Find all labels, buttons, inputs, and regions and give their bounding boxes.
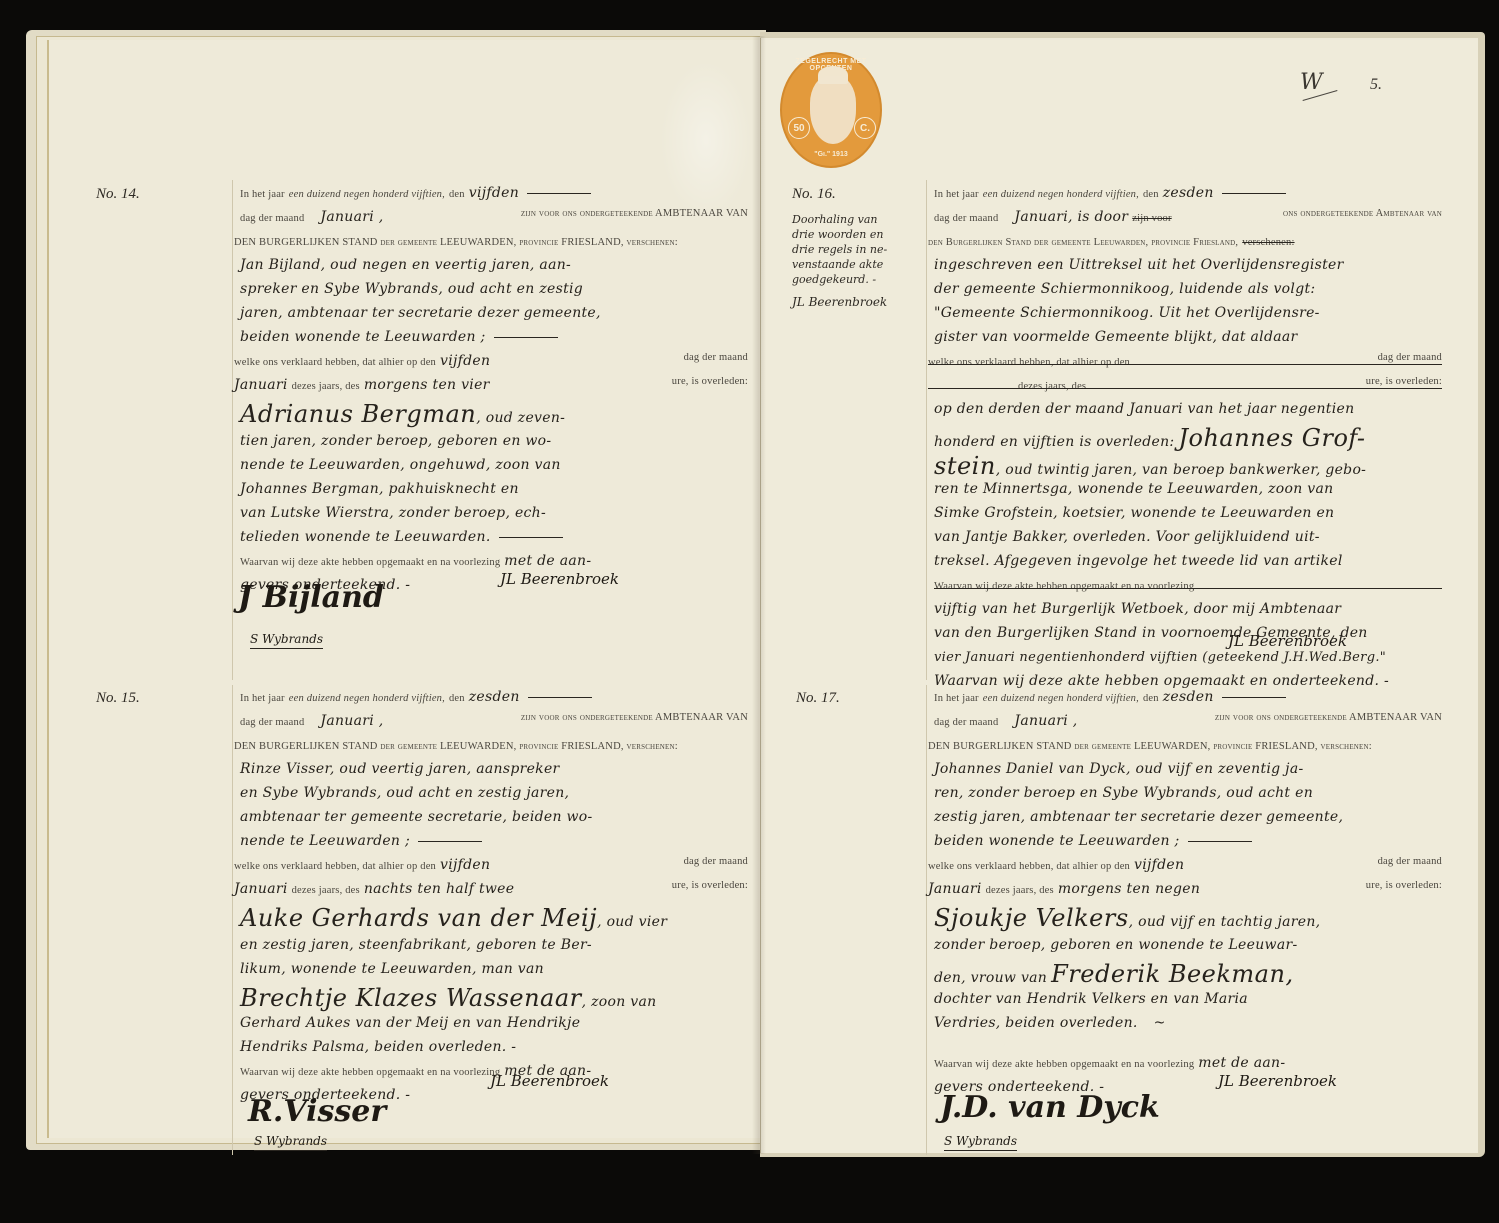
witness-line: beiden wonende te Leeuwarden ; bbox=[934, 832, 1442, 856]
death-time: nachts ten half twee bbox=[364, 881, 515, 897]
record-line: In het jaar een duizend negen honderd vi… bbox=[240, 184, 748, 208]
body-line: ren te Minnertsga, wonende te Leeuwarden… bbox=[934, 480, 1442, 504]
struck-text: zijn voor bbox=[1132, 213, 1171, 224]
witness-line: ren, zonder beroep en Sybe Wybrands, oud… bbox=[934, 784, 1442, 808]
record-line: den Burgerlijken Stand der gemeente Leeu… bbox=[928, 232, 1442, 256]
deceased-line: Sjoukje Velkers, oud vijf en tachtig jar… bbox=[934, 904, 1442, 936]
coat-of-arms-icon bbox=[810, 76, 856, 144]
deceased-name: Adrianus Bergman bbox=[240, 400, 476, 428]
open-register-book: ZEGELRECHT MET OPCENTEN 50 C. "Gı." 1913… bbox=[0, 0, 1499, 1223]
closing-line: Waarvan wij deze akte hebben opgemaakt e… bbox=[240, 552, 748, 576]
column-rule bbox=[232, 685, 233, 1155]
folio-mark: W bbox=[1300, 70, 1323, 95]
record-line: dag der maand Januari , zijn voor ons on… bbox=[240, 712, 748, 736]
page-number: 5. bbox=[1370, 76, 1382, 94]
body-line: van Jantje Bakker, overleden. Voor gelij… bbox=[934, 528, 1442, 552]
entry-number: No. 14. bbox=[96, 186, 140, 203]
death-day: vijfden bbox=[1134, 857, 1184, 873]
registrar-signature: JL Beerenbroek bbox=[1228, 632, 1347, 650]
witness-line: beiden wonende te Leeuwarden ; bbox=[240, 328, 748, 352]
stamp-year: "Gı." 1913 bbox=[782, 151, 880, 158]
death-day: vijfden bbox=[440, 353, 490, 369]
death-record-16: In het jaar een duizend negen honderd vi… bbox=[934, 184, 1442, 696]
detail-line: Brechtje Klazes Wassenaar, zoon van bbox=[240, 984, 748, 1014]
registrar-signature: JL Beerenbroek bbox=[500, 570, 619, 588]
death-time: morgens ten vier bbox=[364, 377, 490, 393]
body-line: vier Januari negentienhonderd vijftien (… bbox=[934, 648, 1442, 672]
record-line: dag der maand Januari , zijn voor ons on… bbox=[240, 208, 748, 232]
witness-line: zestig jaren, ambtenaar ter secretarie d… bbox=[934, 808, 1442, 832]
registrar-signature: JL Beerenbroek bbox=[1218, 1072, 1337, 1090]
record-line: DEN BURGERLIJKEN STAND der gemeente LEEU… bbox=[928, 736, 1442, 760]
detail-line: en zestig jaren, steenfabrikant, geboren… bbox=[240, 936, 748, 960]
body-line: op den derden der maand Januari van het … bbox=[934, 400, 1442, 424]
record-line: In het jaar een duizend negen honderd vi… bbox=[934, 184, 1442, 208]
day-written: zesden bbox=[1163, 689, 1214, 705]
body-line: "Gemeente Schiermonnikoog. Uit het Overl… bbox=[934, 304, 1442, 328]
death-record-15: In het jaar een duizend negen honderd vi… bbox=[240, 688, 748, 1110]
deceased-name: Johannes Grof- bbox=[1178, 424, 1365, 452]
record-line: dag der maand Januari , zijn voor ons on… bbox=[934, 712, 1442, 736]
record-line: DEN BURGERLIJKEN STAND der gemeente LEEU… bbox=[234, 736, 748, 760]
spouse-name: Brechtje Klazes Wassenaar bbox=[240, 984, 582, 1012]
struck-preprinted-line: Waarvan wij deze akte hebben opgemaakt e… bbox=[934, 576, 1442, 600]
death-record-17: In het jaar een duizend negen honderd vi… bbox=[934, 688, 1442, 1102]
witness-line: spreker en Sybe Wybrands, oud acht en ze… bbox=[240, 280, 748, 304]
detail-line: dochter van Hendrik Velkers en van Maria bbox=[934, 990, 1442, 1014]
entry-number: No. 16. bbox=[792, 186, 836, 203]
day-written: vijfden bbox=[469, 185, 519, 201]
detail-line: Verdries, beiden overleden.~ bbox=[934, 1014, 1442, 1038]
witness-line: ambtenaar ter gemeente secretarie, beide… bbox=[240, 808, 748, 832]
declarant-signature: J Bijland bbox=[238, 580, 384, 615]
detail-line: van Lutske Wierstra, zonder beroep, ech- bbox=[240, 504, 748, 528]
deceased-line: Adrianus Bergman, oud zeven- bbox=[240, 400, 748, 432]
record-line: Januari dezes jaars, des morgens ten vie… bbox=[234, 376, 748, 400]
entry-number: No. 15. bbox=[96, 690, 140, 707]
stamp-currency: C. bbox=[854, 117, 876, 139]
record-line: In het jaar een duizend negen honderd vi… bbox=[240, 688, 748, 712]
struck-preprinted-line: welke ons verklaard hebben, dat alhier o… bbox=[928, 352, 1442, 376]
detail-line: telieden wonende te Leeuwarden. bbox=[240, 528, 748, 552]
declarant-signature: J.D. van Dyck bbox=[940, 1090, 1160, 1125]
witness-signature: S Wybrands bbox=[944, 1134, 1017, 1151]
month-written: Januari , bbox=[320, 209, 383, 225]
detail-line: zonder beroep, geboren en wonende te Lee… bbox=[934, 936, 1442, 960]
month-written: Januari , bbox=[320, 713, 383, 729]
margin-signature: JL Beerenbroek bbox=[792, 295, 922, 310]
death-record-14: In het jaar een duizend negen honderd vi… bbox=[240, 184, 748, 600]
book-spine bbox=[752, 36, 766, 1154]
body-line: honderd en vijftien is overleden: Johann… bbox=[934, 424, 1442, 452]
detail-line: den, vrouw van Frederik Beekman, bbox=[934, 960, 1442, 990]
witness-line: Rinze Visser, oud veertig jaren, aanspre… bbox=[240, 760, 748, 784]
record-line: welke ons verklaard hebben, dat alhier o… bbox=[234, 352, 748, 376]
closing-line: Waarvan wij deze akte hebben opgemaakt e… bbox=[934, 1054, 1442, 1078]
body-line: Simke Grofstein, koetsier, wonende te Le… bbox=[934, 504, 1442, 528]
deceased-line: Auke Gerhards van der Meij, oud vier bbox=[240, 904, 748, 936]
detail-line: Hendriks Palsma, beiden overleden. - bbox=[240, 1038, 748, 1062]
record-line: Januari dezes jaars, des morgens ten neg… bbox=[928, 880, 1442, 904]
declarant-signature: R.Visser bbox=[248, 1094, 386, 1129]
record-line: Januari dezes jaars, des nachts ten half… bbox=[234, 880, 748, 904]
detail-line: Johannes Bergman, pakhuisknecht en bbox=[240, 480, 748, 504]
death-time: morgens ten negen bbox=[1058, 881, 1200, 897]
struck-text: verschenen: bbox=[1242, 237, 1294, 248]
witness-signature: S Wybrands bbox=[254, 1134, 327, 1151]
entry-number: No. 17. bbox=[796, 690, 840, 707]
detail-line: Gerhard Aukes van der Meij en van Hendri… bbox=[240, 1014, 748, 1038]
record-line: welke ons verklaard hebben, dat alhier o… bbox=[234, 856, 748, 880]
day-written: zesden bbox=[469, 689, 520, 705]
day-written: zesden bbox=[1163, 185, 1214, 201]
witness-line: nende te Leeuwarden ; bbox=[240, 832, 748, 856]
death-day: vijfden bbox=[440, 857, 490, 873]
witness-line: en Sybe Wybrands, oud acht en zestig jar… bbox=[240, 784, 748, 808]
detail-line: tien jaren, zonder beroep, geboren en wo… bbox=[240, 432, 748, 456]
detail-line: nende te Leeuwarden, ongehuwd, zoon van bbox=[240, 456, 748, 480]
column-rule bbox=[926, 180, 927, 680]
column-rule bbox=[232, 180, 233, 680]
witness-signature: S Wybrands bbox=[250, 632, 323, 649]
deceased-name: Sjoukje Velkers bbox=[934, 904, 1129, 932]
month-written: Januari , bbox=[1014, 713, 1077, 729]
body-line: ingeschreven een Uittreksel uit het Over… bbox=[934, 256, 1442, 280]
body-line: vijftig van het Burgerlijk Wetboek, door… bbox=[934, 600, 1442, 624]
registrar-signature: JL Beerenbroek bbox=[490, 1072, 609, 1090]
witness-line: jaren, ambtenaar ter secretarie dezer ge… bbox=[240, 304, 748, 328]
struck-preprinted-line: dezes jaars, des ure, is overleden: bbox=[928, 376, 1442, 400]
body-line: der gemeente Schiermonnikoog, luidende a… bbox=[934, 280, 1442, 304]
record-line: DEN BURGERLIJKEN STAND der gemeente LEEU… bbox=[234, 232, 748, 256]
margin-annotation: Doorhaling van drie woorden en drie rege… bbox=[792, 212, 922, 310]
month-written: Januari, is door bbox=[1014, 209, 1128, 225]
body-line: treksel. Afgegeven ingevolge het tweede … bbox=[934, 552, 1442, 576]
record-line: In het jaar een duizend negen honderd vi… bbox=[934, 688, 1442, 712]
deceased-name: Auke Gerhards van der Meij bbox=[240, 904, 597, 932]
body-line: stein, oud twintig jaren, van beroep ban… bbox=[934, 452, 1442, 480]
record-line: welke ons verklaard hebben, dat alhier o… bbox=[928, 856, 1442, 880]
detail-line: likum, wonende te Leeuwarden, man van bbox=[240, 960, 748, 984]
witness-line: Jan Bijland, oud negen en veertig jaren,… bbox=[240, 256, 748, 280]
body-line: gister van voormelde Gemeente blijkt, da… bbox=[934, 328, 1442, 352]
revenue-stamp: ZEGELRECHT MET OPCENTEN 50 C. "Gı." 1913 bbox=[780, 52, 882, 168]
stamp-value: 50 bbox=[788, 117, 810, 139]
witness-line: Johannes Daniel van Dyck, oud vijf en ze… bbox=[934, 760, 1442, 784]
spouse-name: Frederik Beekman, bbox=[1051, 960, 1293, 988]
body-line: van den Burgerlijken Stand in voornoemde… bbox=[934, 624, 1442, 648]
column-rule bbox=[926, 685, 927, 1155]
record-line: dag der maand Januari, is door zijn voor… bbox=[934, 208, 1442, 232]
